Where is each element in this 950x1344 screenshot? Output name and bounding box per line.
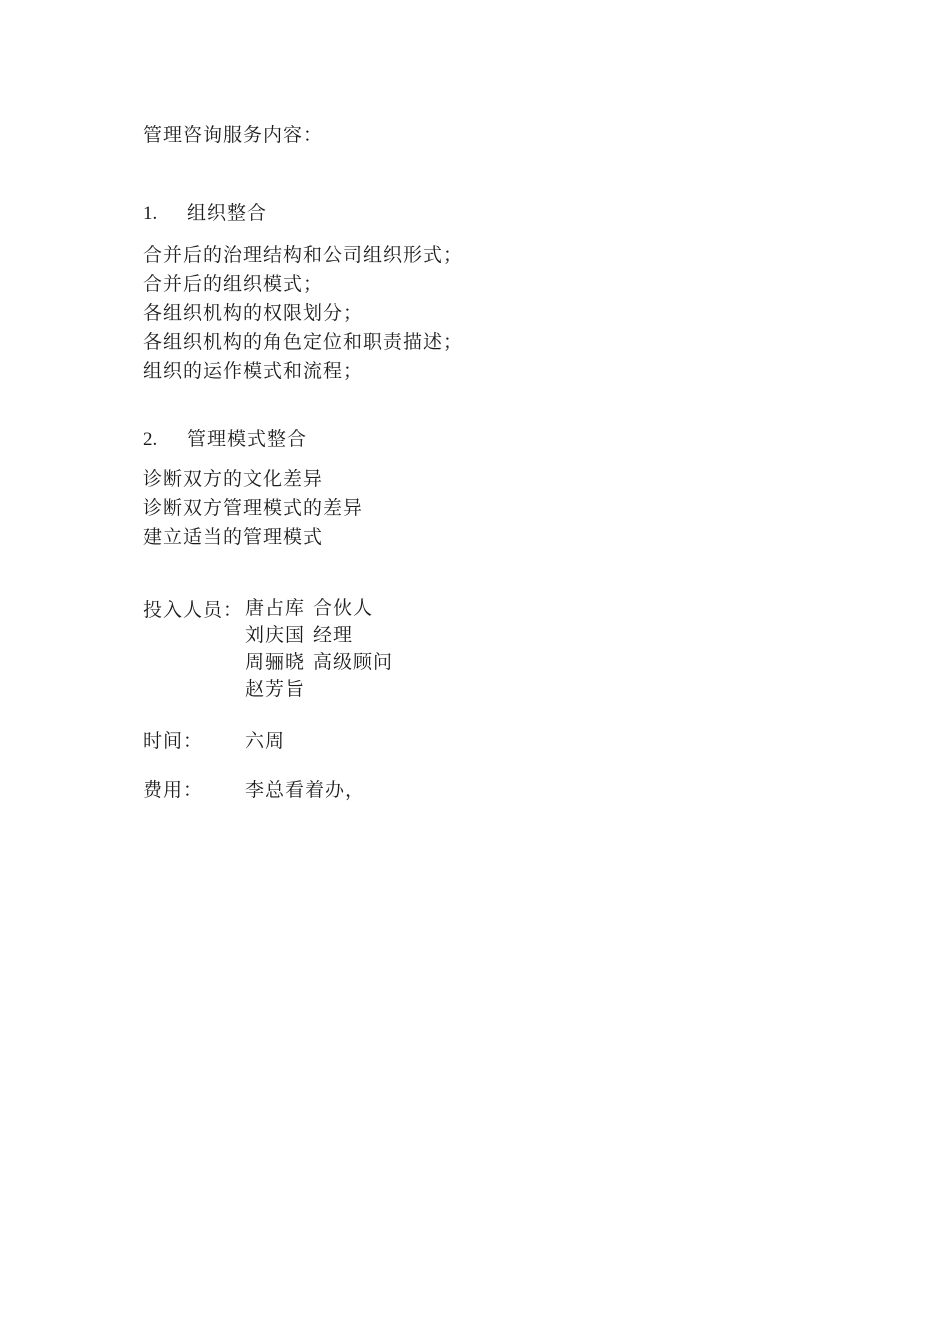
duration-value: 六周 xyxy=(245,726,285,753)
section-1-number: 1. xyxy=(143,203,187,225)
member-name: 赵芳旨 xyxy=(245,676,313,703)
section-1-title: 组织整合 xyxy=(187,203,267,224)
fee-value: 李总看着办， xyxy=(245,775,365,802)
member-title: 经理 xyxy=(313,625,353,646)
duration-label: 时间： xyxy=(143,726,203,753)
section-2-body: 诊断双方的文化差异 诊断双方管理模式的差异 建立适当的管理模式 xyxy=(143,465,363,552)
document-page: 管理咨询服务内容： 1.组织整合 合并后的治理结构和公司组织形式； 合并后的组织… xyxy=(0,0,950,1344)
member-name: 周骊晓 xyxy=(245,649,313,676)
document-title: 管理咨询服务内容： xyxy=(143,120,323,147)
paragraph-line: 各组织机构的权限划分； xyxy=(143,299,463,328)
paragraph-line: 诊断双方的文化差异 xyxy=(143,465,363,494)
paragraph-line: 组织的运作模式和流程； xyxy=(143,357,463,386)
staff-label: 投入人员： xyxy=(143,595,243,622)
paragraph-line: 建立适当的管理模式 xyxy=(143,523,363,552)
duration-row: 时间： 六周 xyxy=(143,726,543,755)
fee-label: 费用： xyxy=(143,775,203,802)
paragraph-line: 合并后的治理结构和公司组织形式； xyxy=(143,241,463,270)
section-1-heading: 1.组织整合 xyxy=(143,198,267,225)
member-name: 唐占库 xyxy=(245,595,313,622)
staff-members: 唐占库合伙人 刘庆国经理 周骊晓高级顾问 赵芳旨 xyxy=(245,595,393,703)
fee-row: 费用： 李总看着办， xyxy=(143,775,543,804)
staff-member-row: 赵芳旨 xyxy=(245,676,393,703)
staff-member-row: 刘庆国经理 xyxy=(245,622,393,649)
staff-member-row: 周骊晓高级顾问 xyxy=(245,649,393,676)
paragraph-line: 合并后的组织模式； xyxy=(143,270,463,299)
paragraph-line: 各组织机构的角色定位和职责描述； xyxy=(143,328,463,357)
section-1-body: 合并后的治理结构和公司组织形式； 合并后的组织模式； 各组织机构的权限划分； 各… xyxy=(143,241,463,386)
section-2-number: 2. xyxy=(143,429,187,451)
section-2-title: 管理模式整合 xyxy=(187,429,307,450)
member-title: 高级顾问 xyxy=(313,652,393,673)
staff-member-row: 唐占库合伙人 xyxy=(245,595,393,622)
paragraph-line: 诊断双方管理模式的差异 xyxy=(143,494,363,523)
member-title: 合伙人 xyxy=(313,598,373,619)
member-name: 刘庆国 xyxy=(245,622,313,649)
section-2-heading: 2.管理模式整合 xyxy=(143,424,307,451)
